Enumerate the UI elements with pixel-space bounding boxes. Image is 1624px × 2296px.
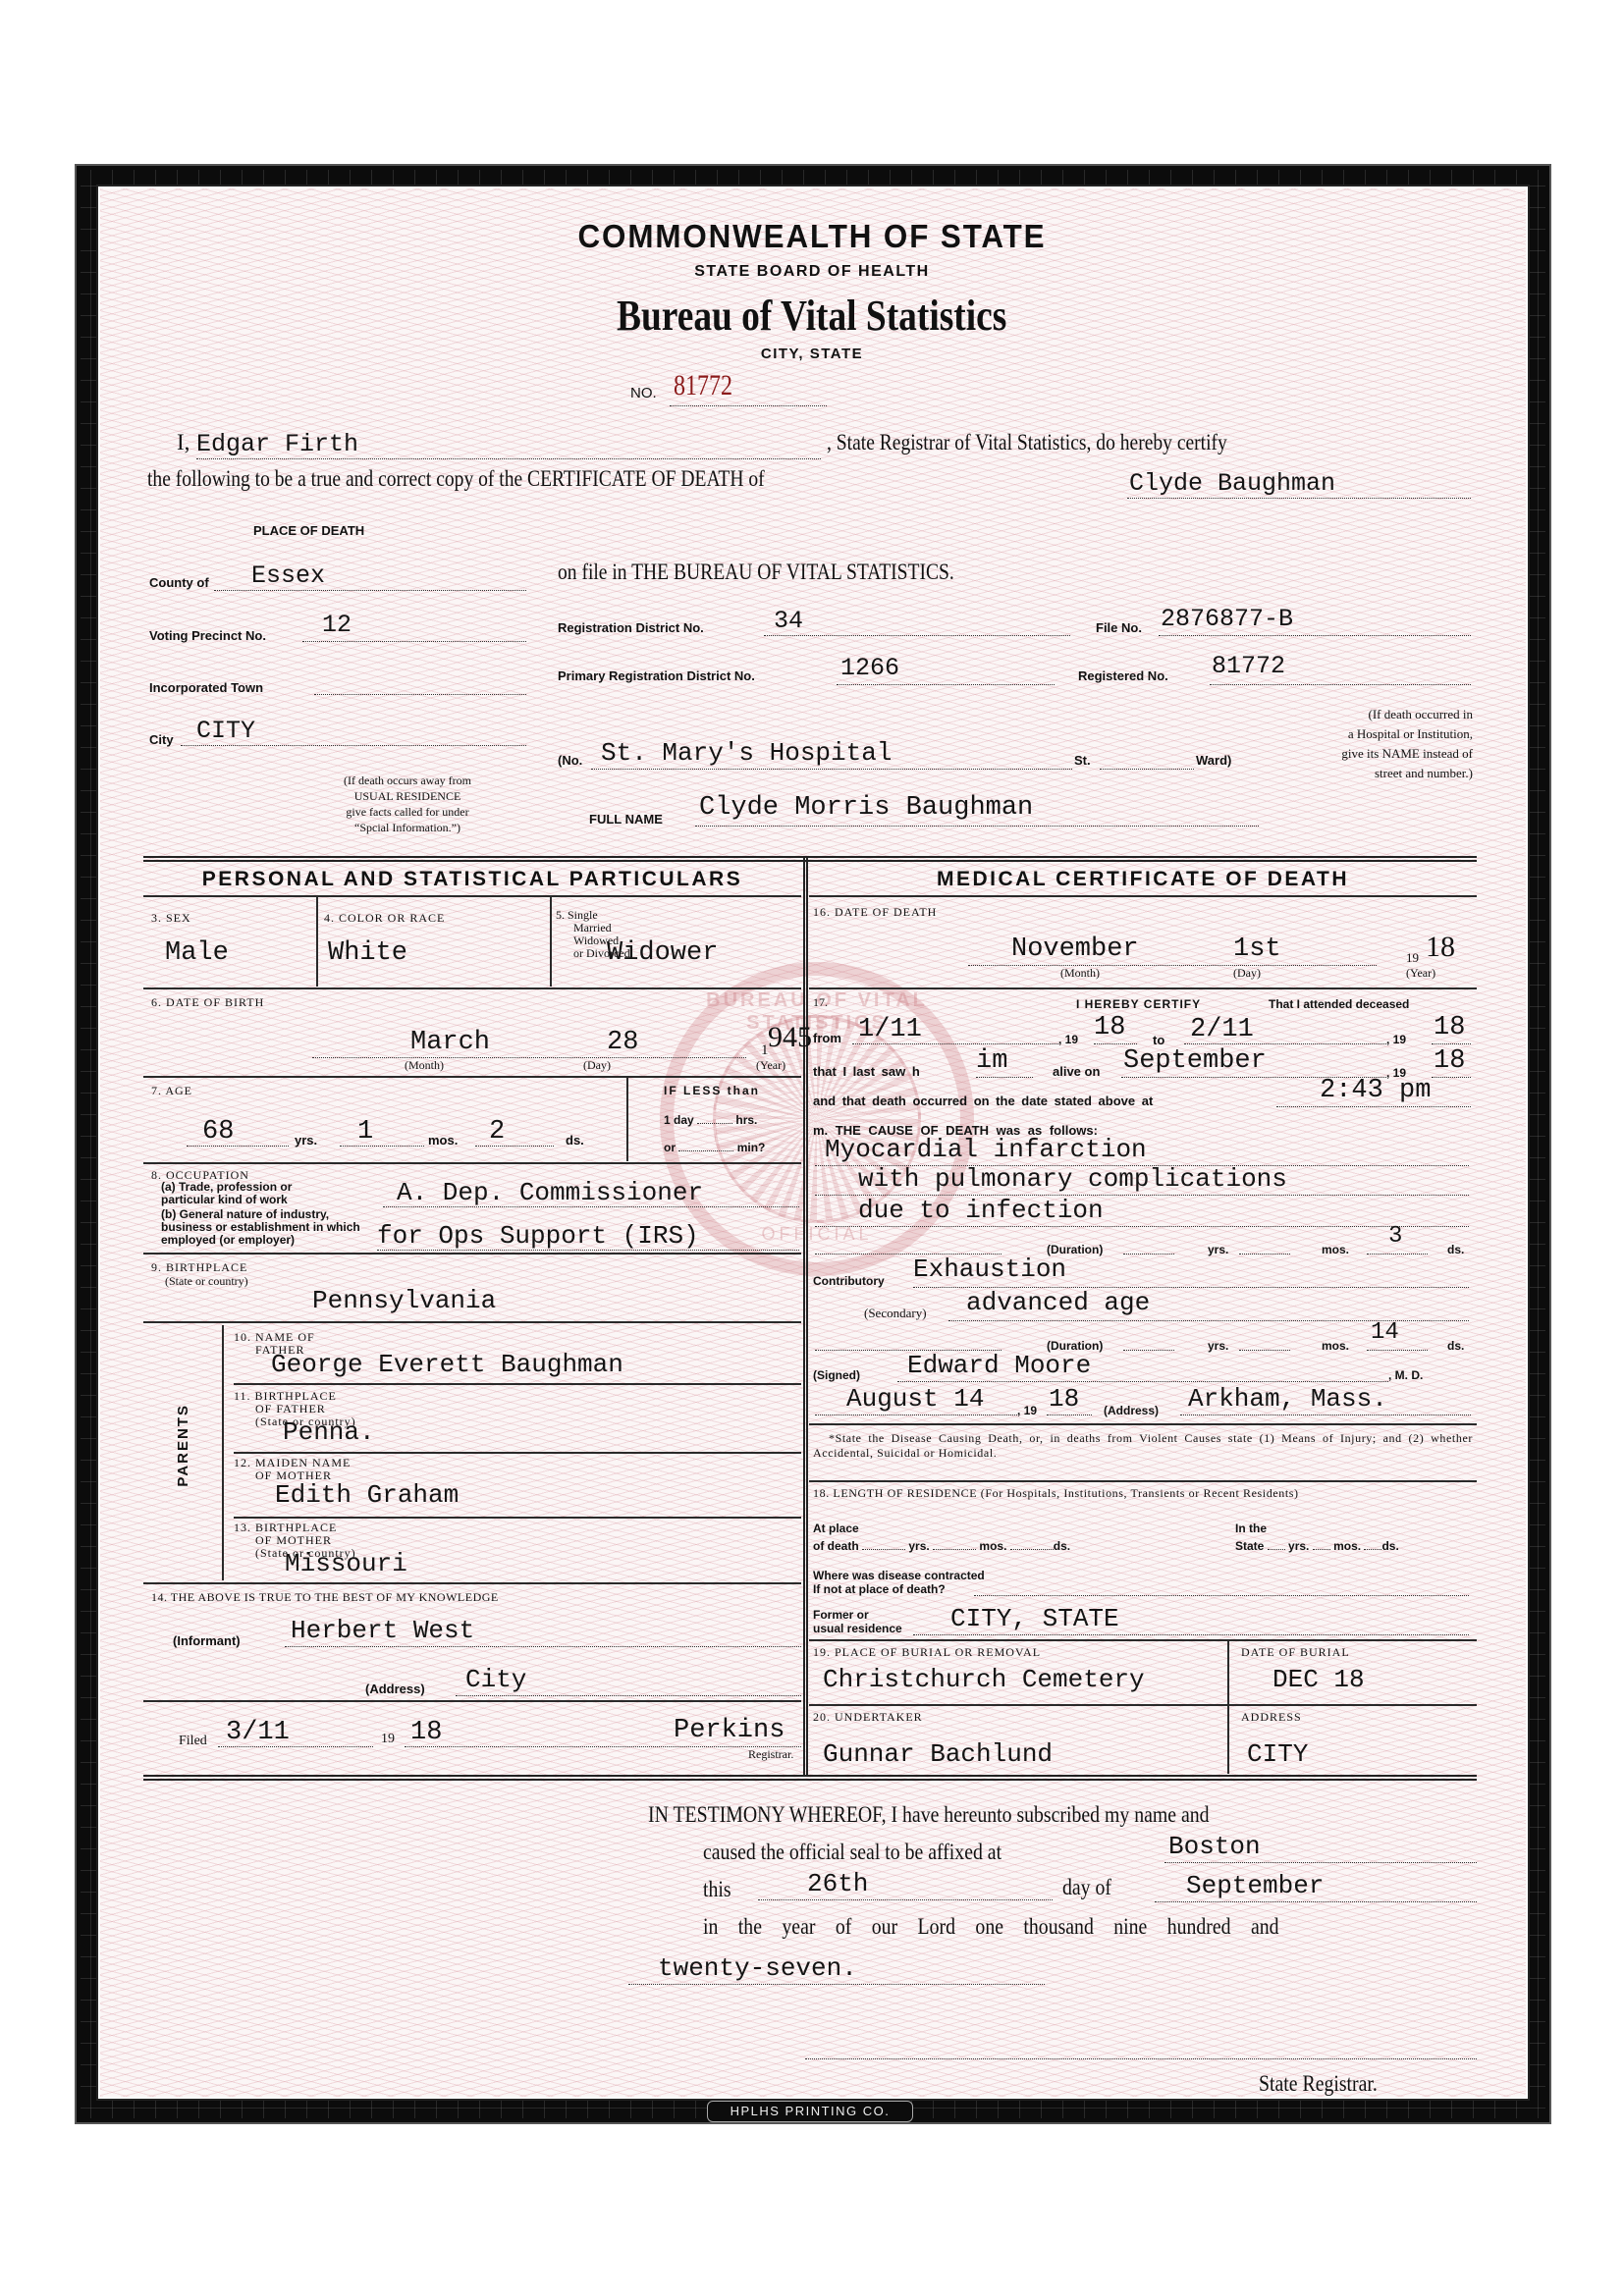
contributory-label: Contributory <box>813 1274 885 1288</box>
age-years: 68 <box>202 1117 234 1147</box>
former-residence-value: CITY, STATE <box>950 1604 1119 1633</box>
registered-no-label: Registered No. <box>1078 668 1168 683</box>
occ-a-field: A. Dep. Commissioner <box>383 1182 799 1207</box>
testimony-place: Boston <box>1168 1832 1261 1861</box>
address-label: (Address) <box>365 1682 425 1696</box>
dob-year: 945 <box>768 1021 812 1054</box>
dob-day: 28 <box>607 1028 638 1057</box>
year-words: twenty-seven. <box>658 1953 857 1983</box>
duration2-days: 14 <box>1371 1319 1399 1346</box>
age-years-field: 68 <box>187 1119 289 1147</box>
duration1-days: 3 <box>1388 1223 1402 1250</box>
certify-line2: the following to be a true and correct c… <box>147 466 874 492</box>
birthplace-label: 9. BIRTHPLACE <box>151 1260 247 1275</box>
last-saw-label: that I last saw h <box>813 1064 920 1079</box>
filed-date: 3/11 <box>226 1718 290 1747</box>
testimony-place-field: Boston <box>1164 1836 1477 1863</box>
county-value: Essex <box>251 561 325 590</box>
footnote: *State the Disease Causing Death, or, in… <box>813 1431 1473 1461</box>
duration2-ds: ds. <box>1447 1339 1464 1353</box>
undertaker-address-label: ADDRESS <box>1241 1710 1302 1725</box>
file-no-label: File No. <box>1096 620 1142 635</box>
to-date-field: 2/11 <box>1184 1017 1386 1044</box>
marital-value: Widower <box>607 938 718 968</box>
hereby-certify: I HEREBY CERTIFY <box>1076 997 1201 1011</box>
county-field: Essex <box>214 561 526 591</box>
contributory-value: Exhaustion <box>913 1255 1066 1284</box>
signed-label: (Signed) <box>813 1368 860 1382</box>
informant-address-value: City <box>465 1665 526 1694</box>
age-months-field: 1 <box>340 1119 424 1147</box>
deceased-name-field: Clyde Baughman <box>1127 467 1471 499</box>
time-value: 2:43 pm <box>1320 1076 1431 1105</box>
away-note: (If death occurs away from USUAL RESIDEN… <box>285 773 530 835</box>
st-label: St. <box>1074 753 1091 768</box>
undertaker-value: Gunnar Bachlund <box>823 1739 1053 1769</box>
physician-value: Edward Moore <box>907 1351 1091 1380</box>
county-label: County of <box>149 575 209 590</box>
age-yrs-label: yrs. <box>295 1133 317 1148</box>
occ-a-value: A. Dep. Commissioner <box>397 1178 703 1207</box>
hospital-note: (If death occurred in a Hospital or Inst… <box>1267 705 1473 783</box>
certify-line1: , State Registrar of Vital Statistics, d… <box>827 430 1298 455</box>
file-no-value: 2876877-B <box>1161 605 1293 633</box>
duration2-prefix <box>815 1333 1001 1351</box>
contributory-field: Exhaustion <box>913 1260 1469 1288</box>
cert-number: 81772 <box>674 369 732 402</box>
mother-bp-value: Missouri <box>285 1549 407 1578</box>
occ-b-value: for Ops Support (IRS) <box>377 1221 699 1251</box>
duration1-days-field: 3 <box>1367 1227 1428 1255</box>
cause-line-2: with pulmonary complications <box>815 1168 1469 1196</box>
place-of-death-heading: PLACE OF DEATH <box>253 523 364 538</box>
medical-heading: MEDICAL CERTIFICATE OF DEATH <box>809 868 1477 891</box>
file-no-field: 2876877-B <box>1159 605 1471 636</box>
informant-value: Herbert West <box>291 1616 474 1645</box>
burial-date-label: DATE OF BURIAL <box>1241 1645 1350 1660</box>
dod-day-caption: (Day) <box>1233 966 1261 981</box>
parents-label: PARENTS <box>175 1404 191 1487</box>
former-residence-label: Former orusual residence <box>813 1608 902 1635</box>
sig-address-field: Arkham, Mass. <box>1180 1388 1471 1415</box>
one-day-label: 1 day hrs. <box>664 1113 757 1127</box>
from-year-field: 18 <box>1094 1017 1137 1044</box>
undertaker-address: CITY <box>1247 1739 1308 1769</box>
state-registrar-caption: State Registrar. <box>1259 2071 1397 2097</box>
burial-label: 19. PLACE OF BURIAL OR REMOVAL <box>813 1645 1041 1660</box>
commonwealth-title: COMMONWEALTH OF STATE <box>40 218 1583 255</box>
birthplace-sub: (State or country) <box>165 1274 248 1289</box>
registrar-name: Edgar Firth <box>196 430 358 458</box>
in-state-label: In the State yrs. mos. ds. <box>1235 1520 1399 1555</box>
ward-label: Ward) <box>1196 753 1231 768</box>
filed-19: 19 <box>381 1732 395 1747</box>
registrar-name-field: Edgar Firth <box>196 430 821 459</box>
reg-district-field: 34 <box>764 607 1070 636</box>
at-place-label: At place of death yrs. mos. ds. <box>813 1520 1070 1555</box>
section-divider-bottom <box>143 1775 1477 1781</box>
duration2-days-field: 14 <box>1367 1323 1428 1351</box>
alive-year: 18 <box>1434 1046 1465 1076</box>
age-ds-label: ds. <box>566 1133 584 1148</box>
occ-a-label: (a) Trade, profession orparticular kind … <box>161 1181 292 1206</box>
primary-district-field: 1266 <box>837 654 1055 685</box>
dod-day: 1st <box>1233 934 1281 964</box>
duration1-yrs: yrs. <box>1208 1243 1228 1256</box>
occ-b-label: (b) General nature of industry,business … <box>161 1208 360 1247</box>
race-value: White <box>328 938 407 968</box>
signed-date: August 14 <box>846 1384 984 1414</box>
testimony-line1: IN TESTIMONY WHEREOF, I have hereunto su… <box>648 1802 1301 1828</box>
city-state-title: CITY, STATE <box>0 346 1624 362</box>
primary-district-value: 1266 <box>840 654 899 682</box>
precinct-value: 12 <box>322 611 352 639</box>
city-field: CITY <box>181 717 526 746</box>
contracted-field <box>974 1578 1469 1596</box>
sex-label: 3. SEX <box>151 911 191 926</box>
item-17: 17. <box>813 995 828 1010</box>
from-19: , 19 <box>1058 1033 1078 1046</box>
age-months: 1 <box>357 1117 373 1147</box>
address-value: St. Mary's Hospital <box>601 738 892 768</box>
mother-value: Edith Graham <box>275 1480 459 1510</box>
testimony-day-of: day of <box>1062 1875 1119 1900</box>
testimony-day-field: 26th <box>758 1873 1053 1900</box>
testimony-month: September <box>1186 1871 1324 1900</box>
mother-label: 12. MAIDEN NAMEOF MOTHER <box>234 1457 351 1482</box>
city-label: City <box>149 732 174 747</box>
column-divider <box>803 856 808 1777</box>
informant-field: Herbert West <box>285 1620 801 1647</box>
dod-month-caption: (Month) <box>1060 966 1100 981</box>
testimony-line2: caused the official seal to be affixed a… <box>703 1840 1051 1865</box>
alive-month: September <box>1123 1046 1267 1076</box>
full-name-field: Clyde Morris Baughman <box>695 793 1259 827</box>
if-less-label: IF LESS than <box>664 1084 760 1097</box>
md-label: , M. D. <box>1388 1368 1423 1382</box>
city-value: CITY <box>196 717 255 745</box>
residence-label: 18. LENGTH OF RESIDENCE (For Hospitals, … <box>813 1486 1473 1501</box>
to-date: 2/11 <box>1190 1015 1254 1044</box>
registrar-caption: Registrar. <box>748 1747 793 1762</box>
town-field <box>314 677 526 695</box>
knowledge-label: 14. THE ABOVE IS TRUE TO THE BEST OF MY … <box>151 1590 499 1605</box>
reg-district-value: 34 <box>774 607 803 635</box>
to-year: 18 <box>1434 1013 1465 1042</box>
dod-year-caption: (Year) <box>1406 966 1435 981</box>
sex-value: Male <box>165 938 229 968</box>
board-title: STATE BOARD OF HEALTH <box>0 263 1624 281</box>
sig-address-label: (Address) <box>1104 1404 1159 1417</box>
contracted-label: Where was disease contractedIf not at pl… <box>813 1569 985 1596</box>
from-date: 1/11 <box>858 1015 922 1044</box>
no-label: NO. <box>630 385 657 401</box>
dod-19: 19 <box>1406 950 1419 966</box>
testimony-line4: in the year of our Lord one thousand nin… <box>703 1914 1479 1940</box>
informant-address-field: City <box>456 1669 801 1696</box>
alive-month-field: September <box>1121 1050 1386 1078</box>
dob-day-caption: (Day) <box>583 1058 611 1073</box>
deceased-name: Clyde Baughman <box>1129 469 1335 498</box>
or-min-label: or min? <box>664 1141 765 1154</box>
dob-year-caption: (Year) <box>756 1058 785 1073</box>
to-year-field: 18 <box>1432 1017 1471 1044</box>
bureau-title: Bureau of Vital Statistics <box>617 291 1006 341</box>
on-file-text: on file in THE BUREAU OF VITAL STATISTIC… <box>558 560 1024 585</box>
testimony-day: 26th <box>807 1869 868 1898</box>
to-19: , 19 <box>1386 1033 1406 1046</box>
address-field: St. Mary's Hospital <box>591 738 1072 770</box>
age-label: 7. AGE <box>151 1084 192 1098</box>
dob-month: March <box>410 1028 490 1057</box>
duration2-mos: mos. <box>1322 1339 1349 1353</box>
father-bp-value: Penna. <box>283 1417 375 1447</box>
full-name-label: FULL NAME <box>589 812 663 827</box>
section-divider-top <box>143 856 1477 862</box>
undertaker-label: 20. UNDERTAKER <box>813 1710 923 1725</box>
former-residence-field: CITY, STATE <box>913 1610 1469 1635</box>
duration1-prefix <box>815 1237 1001 1255</box>
signed-year: 18 <box>1049 1384 1079 1414</box>
filed-registrar: Perkins <box>674 1716 785 1745</box>
secondary-value: advanced age <box>966 1288 1150 1317</box>
to-label: to <box>1153 1033 1164 1047</box>
sig-address-value: Arkham, Mass. <box>1188 1384 1387 1414</box>
certify-prefix: I, <box>177 430 189 455</box>
secondary-label: (Secondary) <box>864 1306 927 1321</box>
year-words-field: twenty-seven. <box>628 1955 1045 1985</box>
dob-month-caption: (Month) <box>405 1058 444 1073</box>
alive-year-field: 18 <box>1432 1050 1471 1078</box>
duration1-ds: ds. <box>1447 1243 1464 1256</box>
full-name-value: Clyde Morris Baughman <box>699 793 1033 823</box>
filed-date-field: 3/11 <box>218 1720 373 1747</box>
primary-district-label: Primary Registration District No. <box>558 668 755 683</box>
registrar-signature-line <box>805 2048 1477 2059</box>
secondary-field: advanced age <box>948 1294 1469 1321</box>
dob-field <box>312 1033 746 1058</box>
cause-line-3: due to infection <box>815 1200 1469 1227</box>
precinct-label: Voting Precinct No. <box>149 628 266 643</box>
age-days: 2 <box>489 1117 505 1147</box>
filed-label: Filed <box>179 1734 207 1749</box>
age-days-field: 2 <box>475 1119 554 1147</box>
testimony-this: this <box>703 1877 735 1902</box>
signed-19: , 19 <box>1017 1404 1037 1417</box>
alive-on-label: alive on <box>1053 1064 1100 1079</box>
race-label: 4. COLOR OR RACE <box>324 911 445 926</box>
registered-no-value: 81772 <box>1212 652 1285 680</box>
from-date-field: 1/11 <box>852 1017 1058 1044</box>
testimony-month-field: September <box>1155 1873 1477 1902</box>
precinct-field: 12 <box>302 611 526 642</box>
duration2-yrs: yrs. <box>1208 1339 1228 1353</box>
from-label: from <box>813 1031 841 1045</box>
father-value: George Everett Baughman <box>271 1350 623 1379</box>
ward-field <box>1100 748 1194 770</box>
filed-year: 18 <box>410 1718 442 1747</box>
cause-line-1: Myocardial infarction <box>815 1139 1469 1166</box>
last-saw-pronoun: im <box>976 1046 1007 1076</box>
dob-label: 6. DATE OF BIRTH <box>151 995 264 1010</box>
registered-no-field: 81772 <box>1210 652 1471 685</box>
dod-month: November <box>1011 934 1139 964</box>
town-label: Incorporated Town <box>149 680 263 695</box>
address-no-label: (No. <box>558 753 582 768</box>
occ-b-field: for Ops Support (IRS) <box>377 1227 799 1251</box>
cert-number-field: NO. 81772 <box>630 373 827 408</box>
informant-label: (Informant) <box>173 1633 241 1648</box>
dod-label: 16. DATE OF DEATH <box>813 905 937 920</box>
physician-field: Edward Moore <box>897 1355 1388 1382</box>
last-saw-pronoun-field: im <box>976 1050 1033 1078</box>
printer-imprint: HPLHS PRINTING CO. <box>707 2101 913 2122</box>
personal-heading: PERSONAL AND STATISTICAL PARTICULARS <box>143 868 801 891</box>
signed-date-field: August 14 <box>815 1388 1017 1415</box>
burial-date: DEC 18 <box>1272 1665 1365 1694</box>
duration1-mos: mos. <box>1322 1243 1349 1256</box>
occurred-label: and that death occurred on the date stat… <box>813 1094 1153 1108</box>
time-field: 2:43 pm <box>1276 1082 1471 1107</box>
dod-year: 18 <box>1426 931 1455 964</box>
reg-district-label: Registration District No. <box>558 620 704 635</box>
attended-text: That I attended deceased <box>1269 997 1409 1011</box>
burial-place: Christchurch Cemetery <box>823 1665 1145 1694</box>
age-mos-label: mos. <box>428 1133 458 1148</box>
birthplace-value: Pennsylvania <box>312 1286 496 1315</box>
from-year: 18 <box>1094 1013 1125 1042</box>
